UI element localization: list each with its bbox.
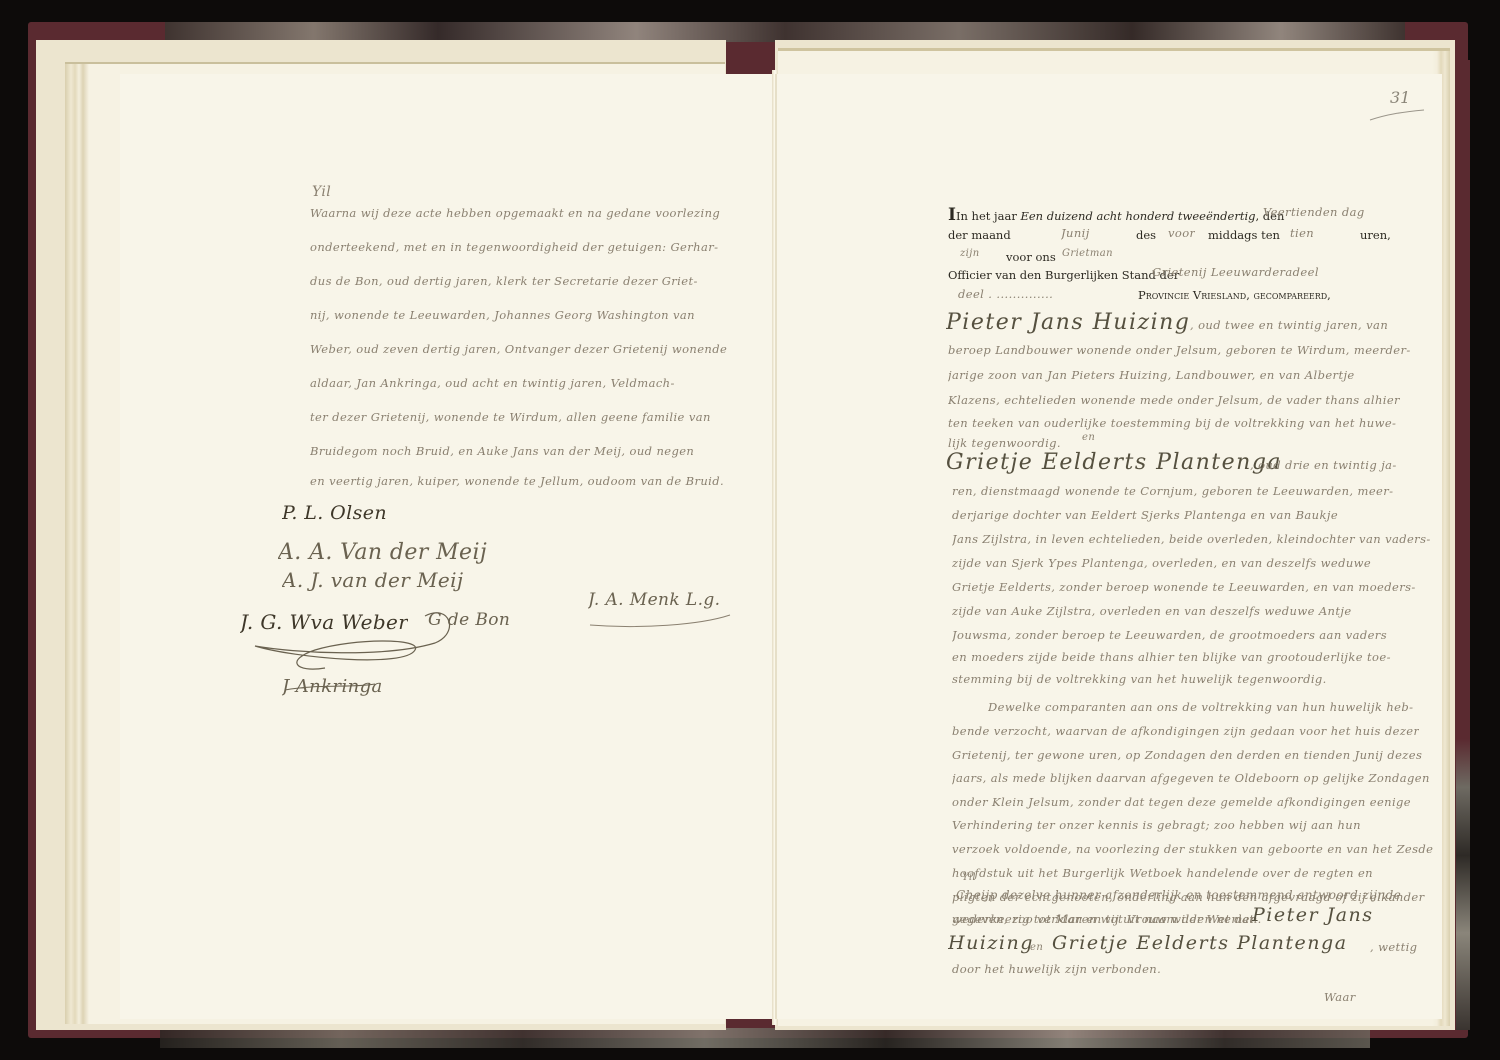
groom-name: Pieter Jans Huizing xyxy=(946,310,1190,335)
closing-bride-name: Grietje Eelderts Plantenga xyxy=(1052,932,1348,954)
text-line: nij, wonende te Leeuwarden, Johannes Geo… xyxy=(310,308,695,322)
signature: P. L. Olsen xyxy=(282,502,387,524)
form-label: uren, xyxy=(1360,228,1391,242)
form-label: des xyxy=(1136,228,1156,242)
text-line: en veertig jaren, kuiper, wonende te Jel… xyxy=(310,474,724,488)
text-line: zijde van Auke Zijlstra, overleden en va… xyxy=(952,604,1352,618)
text-line: verzoek voldoende, na voorlezing der stu… xyxy=(952,842,1433,856)
filled-official-title: Grietman xyxy=(1062,248,1113,259)
text-line: , oud twee en twintig jaren, van xyxy=(1190,318,1388,332)
text-line: Klazens, echtelieden wonende mede onder … xyxy=(948,393,1400,407)
conjunction: en xyxy=(1082,432,1095,443)
insertion-marker: Yil xyxy=(962,872,976,883)
filled-day: Veertienden dag xyxy=(1263,205,1365,219)
closing-groom-name: Pieter Jans xyxy=(1252,904,1374,926)
text-line: stemming bij de voltrekking van het huwe… xyxy=(952,672,1327,686)
insertion-marker: Yil xyxy=(312,184,331,200)
signature-flourish-icon xyxy=(580,595,780,645)
text-line: bende verzocht, waarvan de afkondigingen… xyxy=(952,724,1419,738)
text-line: Waarna wij deze acte hebben opgemaakt en… xyxy=(310,206,720,220)
signature: A. J. van der Meij xyxy=(282,568,463,592)
text-line: Dewelke comparanten aan ons de voltrekki… xyxy=(988,700,1413,714)
text-line: jarige zoon van Jan Pieters Huizing, Lan… xyxy=(948,368,1355,382)
text-line: Grietenij, ter gewone uren, op Zondagen … xyxy=(952,748,1422,762)
form-label: voor ons xyxy=(1006,250,1056,264)
text-line: beroep Landbouwer wonende onder Jelsum, … xyxy=(948,343,1411,357)
text-line: Grietje Eelderts, zonder beroep wonende … xyxy=(952,580,1416,594)
text-line: dus de Bon, oud dertig jaren, klerk ter … xyxy=(310,274,698,288)
text-line: Verhindering ter onzer kennis is gebragt… xyxy=(952,818,1361,832)
form-label: Provincie Vriesland, gecompareerd, xyxy=(1138,288,1331,302)
text-line: derjarige dochter van Eeldert Sjerks Pla… xyxy=(952,508,1338,522)
text-line: Bruidegom noch Bruid, en Auke Jans van d… xyxy=(310,444,694,458)
conjunction: en xyxy=(1030,942,1043,953)
catchword: Waar xyxy=(1324,990,1356,1004)
signature-flourish-icon xyxy=(235,598,535,708)
filled-text: zijn xyxy=(960,248,980,259)
text-line: , wettig xyxy=(1370,940,1417,954)
form-label: Officier van den Burgerlijken Stand der xyxy=(948,268,1179,282)
form-label: der maand xyxy=(948,228,1011,242)
text-line: door het huwelijk zijn verbonden. xyxy=(952,962,1161,976)
text-line: onderteekend, met en in tegenwoordigheid… xyxy=(310,240,718,254)
drop-cap: I xyxy=(948,205,956,225)
text-line: gegeven, zoo verklaren wij uit naam der … xyxy=(952,912,1254,926)
filled-month: Junij xyxy=(1061,226,1090,240)
page-number: 31 xyxy=(1390,88,1410,107)
text-line: ten teeken van ouderlijke toestemming bi… xyxy=(948,416,1396,430)
form-label: middags ten xyxy=(1208,228,1280,242)
closing-groom-surname: Huizing xyxy=(948,932,1034,954)
text-line: zijde van Sjerk Ypes Plantenga, overlede… xyxy=(952,556,1371,570)
marbled-board-bottom xyxy=(160,1028,1370,1048)
text-line: , oud drie en twintig ja- xyxy=(1250,458,1397,472)
text-line: Jouwsma, zonder beroep te Leeuwarden, de… xyxy=(952,628,1387,642)
text-line: ter dezer Grietenij, wonende te Wirdum, … xyxy=(310,410,711,424)
text-line: ren, dienstmaagd wonende te Cornjum, geb… xyxy=(952,484,1393,498)
text-line: hoofdstuk uit het Burgerlijk Wetboek han… xyxy=(952,866,1373,880)
marbled-board-top xyxy=(165,22,1405,42)
page-number-flourish-icon xyxy=(1368,108,1426,122)
filled-ampm: voor xyxy=(1168,226,1195,240)
text-line: jaars, als mede blijken daarvan afgegeve… xyxy=(952,771,1430,785)
marbled-board-right xyxy=(1456,60,1470,1030)
text-line: aldaar, Jan Ankringa, oud acht en twinti… xyxy=(310,376,675,390)
text-line: en moeders zijde beide thans alhier ten … xyxy=(952,650,1391,664)
text-line: Weber, oud zeven dertig jaren, Ontvanger… xyxy=(310,342,727,356)
text-line: lijk tegenwoordig. xyxy=(948,436,1061,450)
filled-municipality-cont: deel . .............. xyxy=(958,287,1053,301)
filled-municipality: Grietenij Leeuwarderadeel xyxy=(1152,265,1319,279)
text-line: Jans Zijlstra, in leven echtelieden, bei… xyxy=(952,532,1431,546)
filled-hour: tien xyxy=(1290,226,1314,240)
form-line-1: IIn het jaar Een duizend acht honderd tw… xyxy=(948,205,1284,225)
text-line: onder Klein Jelsum, zonder dat tegen dez… xyxy=(952,795,1411,809)
signature: A. A. Van der Meij xyxy=(278,540,487,565)
bride-name: Grietje Eelderts Plantenga xyxy=(946,450,1282,475)
text-line: Cheijp dezelve hunner afzonderlijk en to… xyxy=(956,888,1401,902)
